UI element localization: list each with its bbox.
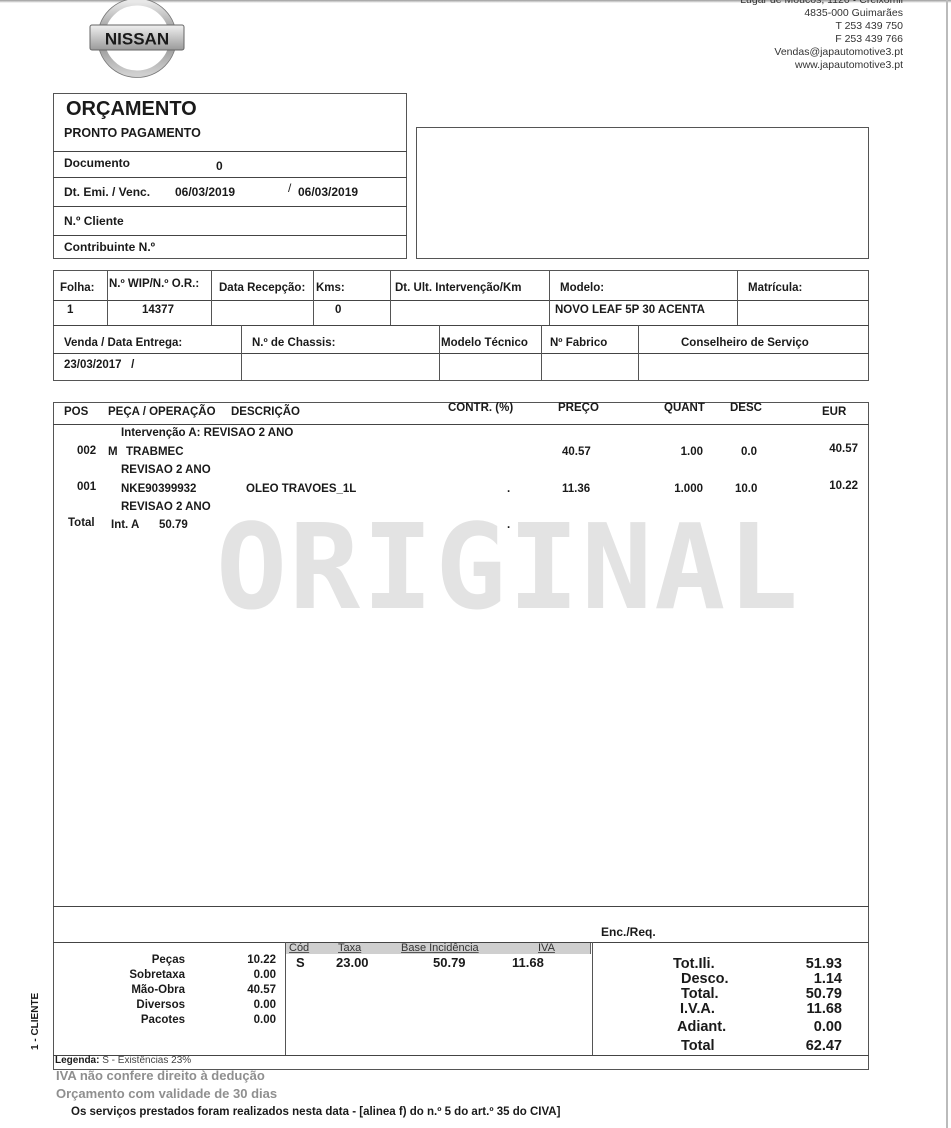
item-code: NKE90399932 bbox=[121, 483, 196, 495]
copy-label: 1 - CLIENTE bbox=[30, 993, 41, 1050]
total-row-contr: . bbox=[507, 519, 510, 531]
address-line1: Lugar de Moucos, 1120 • Creixomil bbox=[740, 0, 903, 7]
col-contr: CONTR. (%) bbox=[448, 402, 513, 414]
total-label: Total. bbox=[681, 986, 719, 1002]
breakdown-label: Pacotes bbox=[100, 1014, 185, 1026]
emission-date: 06/03/2019 bbox=[175, 185, 235, 199]
item-total: 40.57 bbox=[808, 443, 858, 455]
documento-label: Documento bbox=[64, 156, 130, 170]
total-value: 1.14 bbox=[780, 971, 842, 987]
breakdown-value: 0.00 bbox=[226, 999, 276, 1011]
nissan-logo: NISSAN bbox=[88, 0, 186, 80]
total-value: 51.93 bbox=[780, 956, 842, 972]
total-label: Adiant. bbox=[677, 1019, 726, 1035]
col-eur: EUR bbox=[822, 406, 846, 418]
modelo-label: Modelo: bbox=[560, 282, 604, 294]
footer-note-services: Os serviços prestados foram realizados n… bbox=[71, 1106, 560, 1118]
total-label: Tot.Ili. bbox=[673, 956, 715, 972]
dates-label: Dt. Emi. / Venc. bbox=[64, 185, 150, 199]
grand-total-label: Total bbox=[681, 1038, 715, 1054]
matricula-label: Matrícula: bbox=[748, 282, 802, 294]
item-code: TRABMEC bbox=[126, 446, 184, 458]
kms-label: Kms: bbox=[316, 282, 345, 294]
modelo-value: NOVO LEAF 5P 30 ACENTA bbox=[555, 304, 705, 316]
tax-col-code: Cód bbox=[289, 942, 309, 954]
total-row-group: Int. A bbox=[111, 519, 139, 531]
company-phone: T 253 439 750 bbox=[740, 20, 903, 33]
footer-note-iva: IVA não confere direito à dedução bbox=[56, 1068, 265, 1083]
breakdown-value: 0.00 bbox=[226, 1014, 276, 1026]
cliente-label: N.º Cliente bbox=[64, 214, 124, 228]
wip-value: 14377 bbox=[142, 304, 174, 316]
ult-intervencao-label: Dt. Ult. Intervenção/Km bbox=[395, 282, 522, 294]
item-total: 10.22 bbox=[808, 480, 858, 492]
breakdown-value: 10.22 bbox=[226, 954, 276, 966]
due-date-separator: / bbox=[288, 181, 291, 195]
item-note: REVISAO 2 ANO bbox=[121, 464, 211, 476]
total-value: 0.00 bbox=[780, 1019, 842, 1035]
fabrico-label: Nº Fabrico bbox=[550, 337, 607, 349]
item-discount: 0.0 bbox=[741, 446, 757, 458]
kms-value: 0 bbox=[335, 304, 341, 316]
folha-label: Folha: bbox=[60, 282, 95, 294]
documento-value: 0 bbox=[216, 159, 223, 173]
tax-col-rate: Taxa bbox=[338, 942, 361, 954]
address-line2: 4835-000 Guimarães bbox=[740, 7, 903, 20]
modelo-tecnico-label: Modelo Técnico bbox=[441, 337, 528, 349]
col-desc: DESC bbox=[730, 402, 762, 414]
total-value: 50.79 bbox=[780, 986, 842, 1002]
item-note: REVISAO 2 ANO bbox=[121, 501, 211, 513]
total-label: I.V.A. bbox=[680, 1001, 715, 1017]
client-address-box bbox=[416, 127, 869, 259]
intervention-title: Intervenção A: REVISAO 2 ANO bbox=[121, 427, 293, 439]
breakdown-value: 0.00 bbox=[226, 969, 276, 981]
breakdown-label: Diversos bbox=[100, 999, 185, 1011]
grand-total-value: 62.47 bbox=[780, 1038, 842, 1054]
page-right-edge bbox=[946, 0, 948, 1128]
chassis-label: N.º de Chassis: bbox=[252, 337, 335, 349]
tax-code: S bbox=[296, 955, 305, 970]
col-descricao: DESCRIÇÃO bbox=[231, 406, 300, 418]
col-quant: QUANT bbox=[664, 402, 705, 414]
tax-base: 50.79 bbox=[433, 955, 466, 970]
col-peca: PEÇA / OPERAÇÃO bbox=[108, 406, 216, 418]
item-pos: 002 bbox=[77, 445, 96, 457]
col-pos: POS bbox=[64, 406, 88, 418]
contribuinte-label: Contribuinte N.º bbox=[64, 240, 155, 254]
legend-text: S - Existências 23% bbox=[99, 1055, 191, 1066]
document-title: ORÇAMENTO bbox=[66, 98, 197, 121]
total-row-label: Total bbox=[68, 517, 95, 529]
company-address: Lugar de Moucos, 1120 • Creixomil 4835-0… bbox=[740, 0, 903, 72]
item-qty: 1.000 bbox=[653, 483, 703, 495]
svg-text:NISSAN: NISSAN bbox=[105, 30, 169, 49]
item-price: 11.36 bbox=[562, 483, 590, 495]
legend-label: Legenda: bbox=[55, 1055, 99, 1066]
tax-rate: 23.00 bbox=[336, 955, 369, 970]
total-value: 11.68 bbox=[780, 1001, 842, 1017]
company-website[interactable]: www.japautomotive3.pt bbox=[740, 59, 903, 72]
total-label: Desco. bbox=[681, 971, 729, 987]
company-email[interactable]: Vendas@japautomotive3.pt bbox=[740, 46, 903, 59]
conselheiro-label: Conselheiro de Serviço bbox=[681, 337, 809, 349]
enc-req-label: Enc./Req. bbox=[601, 925, 656, 939]
item-discount: 10.0 bbox=[735, 483, 757, 495]
tax-table-header: Cód Taxa Base Incidência IVA bbox=[286, 943, 591, 954]
item-pos: 001 bbox=[77, 481, 96, 493]
item-price: 40.57 bbox=[562, 446, 591, 458]
item-description: OLEO TRAVOES_1L bbox=[246, 483, 356, 495]
document-subtitle: PRONTO PAGAMENTO bbox=[64, 126, 201, 140]
legend: Legenda: S - Existências 23% bbox=[55, 1055, 191, 1066]
venda-entrega-label: Venda / Data Entrega: bbox=[64, 337, 182, 349]
item-contr: . bbox=[507, 483, 510, 495]
breakdown-label: Mão-Obra bbox=[100, 984, 185, 996]
breakdown-value: 40.57 bbox=[226, 984, 276, 996]
col-preco: PREÇO bbox=[558, 402, 599, 414]
breakdown-label: Sobretaxa bbox=[100, 969, 185, 981]
due-date: 06/03/2019 bbox=[298, 185, 358, 199]
footer-note-validity: Orçamento com validade de 30 dias bbox=[56, 1086, 277, 1101]
wip-label: N.º WIP/N.º O.R.: bbox=[109, 278, 199, 290]
data-recepcao-label: Data Recepção: bbox=[219, 282, 305, 294]
company-fax: F 253 439 766 bbox=[740, 33, 903, 46]
venda-entrega-value: 23/03/2017 / bbox=[64, 359, 134, 371]
total-row-value: 50.79 bbox=[159, 519, 188, 531]
tax-iva: 11.68 bbox=[512, 955, 544, 970]
item-qty: 1.00 bbox=[653, 446, 703, 458]
breakdown-label: Peças bbox=[100, 954, 185, 966]
tax-col-base: Base Incidência bbox=[401, 942, 479, 954]
tax-col-iva: IVA bbox=[538, 942, 555, 954]
folha-value: 1 bbox=[67, 304, 73, 316]
item-type: M bbox=[108, 446, 118, 458]
